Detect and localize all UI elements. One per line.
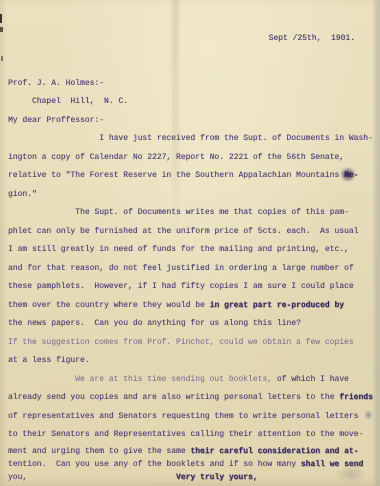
- text-segment: If the suggestion comes from Prof. Pinch…: [8, 338, 354, 347]
- body-line: gion.": [0, 186, 380, 205]
- body-line: of representatives and Senators requesti…: [0, 408, 380, 427]
- text-segment: ment and urging them to give the same: [8, 447, 190, 456]
- salutation-line: My dear Proffessor:-: [0, 112, 380, 131]
- text-segment: to their Senators and Representatives ca…: [8, 430, 363, 439]
- body-line: to their Senators and Representatives ca…: [0, 426, 380, 445]
- text-segment: The Supt. of Documents writes me that co…: [8, 208, 349, 217]
- text-segment: at a less figure.: [8, 356, 90, 365]
- body-line: ington a copy of Calendar No 2227, Repor…: [0, 149, 380, 168]
- text-segment: phlet can only be furnished at the unifo…: [8, 227, 358, 236]
- body-line: them over the country where they would b…: [0, 297, 380, 316]
- text-segment: these pamphlets. However, if I had fifty…: [8, 282, 354, 291]
- recipient-line: Prof. J. A. Holmes:-: [0, 75, 380, 94]
- letter-page: Sept /25th, 1901. Prof. J. A. Holmes:- C…: [0, 0, 380, 486]
- text-segment: I have just received from the Supt. of D…: [8, 134, 373, 143]
- scan-speck: [0, 14, 2, 23]
- body-line: ment and urging them to give the same th…: [0, 445, 380, 458]
- text-segment: their careful consideration and at-: [190, 447, 358, 456]
- text-segment: of representatives and Senators requesti…: [8, 412, 363, 421]
- body-line: If the suggestion comes from Prof. Pinch…: [0, 334, 380, 353]
- text-segment: in great part re-produced by: [210, 301, 344, 310]
- ink-smudge: [364, 410, 373, 420]
- text-segment: relative to "The Forest Reserve in the S…: [8, 171, 344, 180]
- body-line: already send you copies and are also wri…: [0, 389, 380, 408]
- body-line: I am still greatly in need of funds for …: [0, 241, 380, 260]
- text-segment: tention. Can you use any of the booklets…: [8, 460, 301, 469]
- scan-speck: [1, 56, 3, 61]
- body-line: relative to "The Forest Reserve in the S…: [0, 167, 380, 186]
- body-line: We are at this time sending out booklets…: [0, 371, 380, 390]
- address-line: Chapel Hill, N. C.: [0, 93, 380, 112]
- body-line: phlet can only be furnished at the unifo…: [0, 223, 380, 242]
- text-segment: ington a copy of Calendar No 2227, Repor…: [8, 153, 344, 162]
- text-segment: Prof. J. A. Holmes:-: [8, 79, 104, 88]
- body-line: The Supt. of Documents writes me that co…: [0, 204, 380, 223]
- body-line: tention. Can you use any of the booklets…: [0, 458, 380, 471]
- letter-body: Prof. J. A. Holmes:- Chapel Hill, N. C.M…: [0, 75, 380, 484]
- text-segment: My dear Proffessor:-: [8, 116, 104, 125]
- text-segment: Chapel Hill, N. C.: [8, 97, 128, 106]
- text-segment: the news papers. Can you do anything for…: [8, 319, 301, 328]
- body-line: I have just received from the Supt. of D…: [0, 130, 380, 149]
- text-segment: shall we send: [301, 460, 363, 469]
- text-segment: Very truly yours,: [176, 473, 258, 482]
- text-segment: friends: [339, 393, 373, 402]
- text-segment: gion.": [8, 190, 37, 199]
- text-segment: Re-: [344, 171, 358, 180]
- text-segment: We are at this time sending out booklets…: [8, 375, 272, 384]
- text-segment: already send you copies and are also wri…: [8, 393, 339, 402]
- text-segment: of which I have: [272, 375, 349, 384]
- date-line: Sept /25th, 1901.: [0, 30, 380, 49]
- body-line: and for that reason, do not feel justifi…: [0, 260, 380, 279]
- text-segment: I am still greatly in need of funds for …: [8, 245, 349, 254]
- body-line: the news papers. Can you do anything for…: [0, 315, 380, 334]
- body-line: these pamphlets. However, if I had fifty…: [0, 278, 380, 297]
- body-line: at a less figure.: [0, 352, 380, 371]
- text-segment: them over the country where they would b…: [8, 301, 210, 310]
- text-segment: and for that reason, do not feel justifi…: [8, 264, 354, 273]
- closing-line: you, Very truly yours,: [0, 471, 380, 484]
- text-segment: you,: [8, 473, 176, 482]
